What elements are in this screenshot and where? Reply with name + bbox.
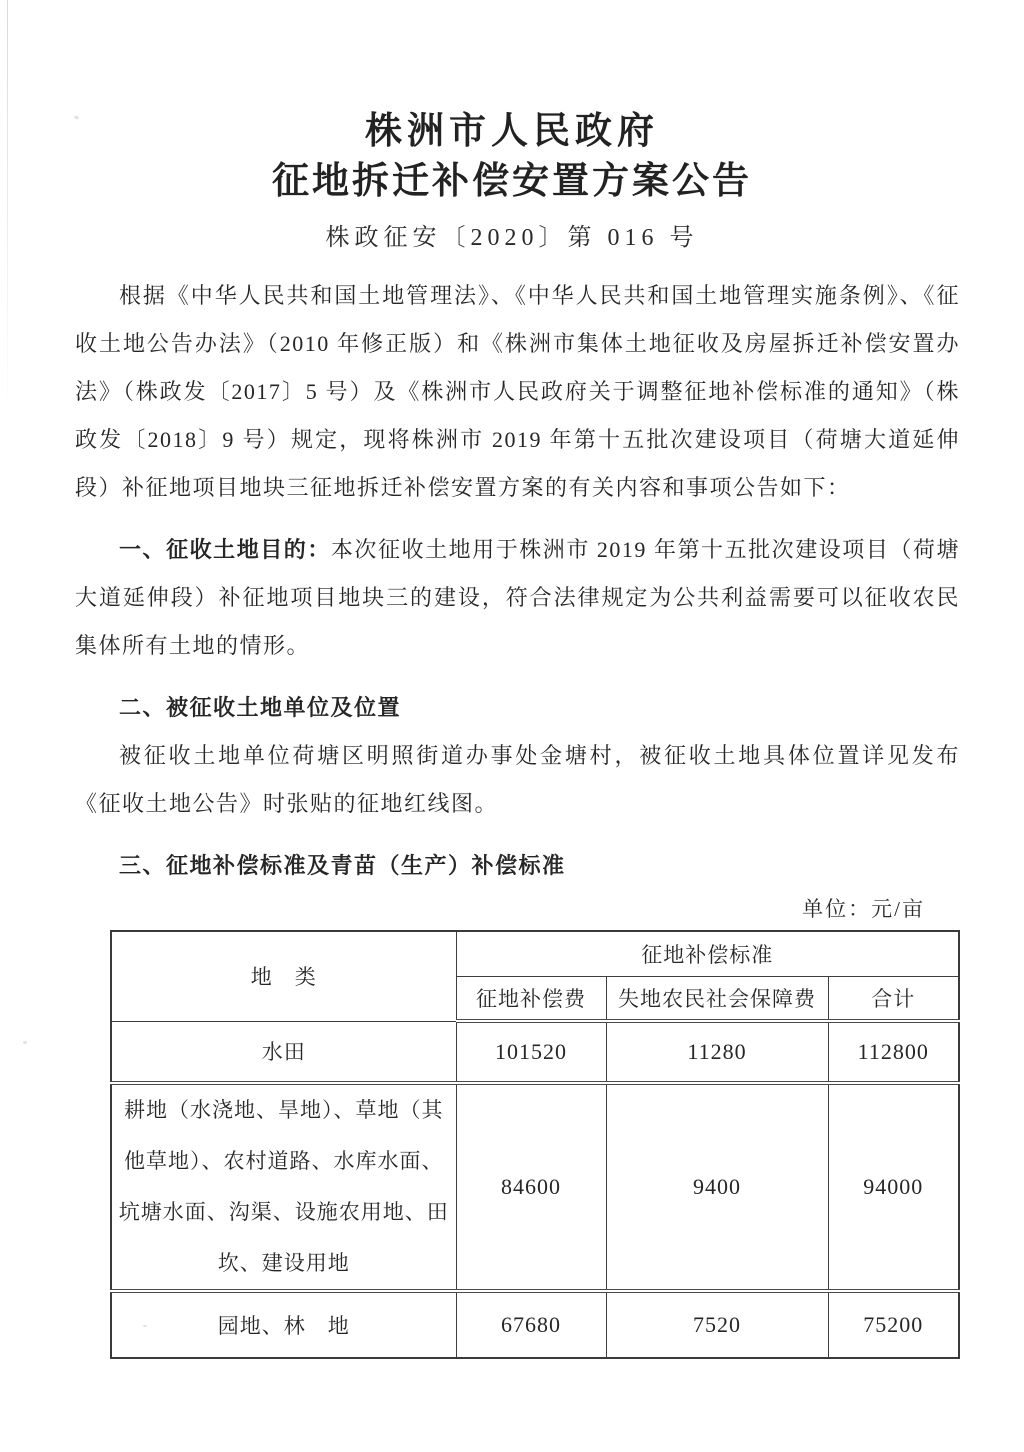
document-number: 株政征安〔2020〕第 016 号: [0, 222, 1024, 254]
document-title-line1: 株洲市人民政府: [0, 108, 1024, 156]
header-land-type: 地 类: [111, 931, 456, 1021]
title-block: 株洲市人民政府 征地拆迁补偿安置方案公告 株政征安〔2020〕第 016 号: [0, 0, 1024, 254]
scanned-document-page: 株洲市人民政府 征地拆迁补偿安置方案公告 株政征安〔2020〕第 016 号 根…: [0, 0, 1024, 1452]
cell-land: 耕地（水浇地、旱地）、草地（其他草地）、农村道路、水库水面、坑塘水面、沟渠、设施…: [111, 1083, 456, 1291]
compensation-standard-table: 地 类 征地补偿标准 征地补偿费 失地农民社会保障费 合计 水田 101520 …: [110, 930, 960, 1359]
header-comp-fee: 征地补偿费: [456, 977, 606, 1022]
table-row-paddy-field: 水田 101520 11280 112800: [111, 1021, 959, 1083]
section-1-paragraph: 一、征收土地目的：本次征收土地用于株洲市 2019 年第十五批次建设项目（荷塘大…: [75, 526, 960, 670]
cell-land: 水田: [111, 1021, 456, 1083]
header-total: 合计: [828, 977, 959, 1022]
cell-social-fee: 9400: [606, 1083, 828, 1291]
cell-total: 94000: [828, 1083, 959, 1291]
table-header-row-1: 地 类 征地补偿标准: [111, 931, 959, 977]
table-row-garden-forest-land: 园地、林 地 67680 7520 75200: [111, 1291, 959, 1358]
cell-total: 112800: [828, 1021, 959, 1083]
section-2-heading: 二、被征收土地单位及位置: [75, 684, 960, 732]
header-compensation-group: 征地补偿标准: [456, 931, 959, 977]
scan-speck: [23, 1041, 27, 1044]
document-body: 根据《中华人民共和国土地管理法》、《中华人民共和国土地管理实施条例》、《征收土地…: [75, 272, 960, 924]
table-unit-label: 单位：元/亩: [75, 894, 960, 924]
cell-comp-fee: 67680: [456, 1291, 606, 1358]
section-3-heading: 三、征地补偿标准及青苗（生产）补偿标准: [75, 842, 960, 890]
section-2-paragraph: 被征收土地单位荷塘区明照街道办事处金塘村，被征收土地具体位置详见发布《征收土地公…: [75, 732, 960, 828]
table-row-cultivated-land: 耕地（水浇地、旱地）、草地（其他草地）、农村道路、水库水面、坑塘水面、沟渠、设施…: [111, 1083, 959, 1291]
intro-paragraph: 根据《中华人民共和国土地管理法》、《中华人民共和国土地管理实施条例》、《征收土地…: [75, 272, 960, 512]
cell-comp-fee: 101520: [456, 1021, 606, 1083]
document-title-line2: 征地拆迁补偿安置方案公告: [0, 156, 1024, 208]
cell-total: 75200: [828, 1291, 959, 1358]
section-1-heading: 一、征收土地目的：: [119, 537, 331, 562]
header-social-security-fee: 失地农民社会保障费: [606, 977, 828, 1022]
cell-comp-fee: 84600: [456, 1083, 606, 1291]
cell-social-fee: 11280: [606, 1021, 828, 1083]
cell-land: 园地、林 地: [111, 1291, 456, 1358]
cell-social-fee: 7520: [606, 1291, 828, 1358]
